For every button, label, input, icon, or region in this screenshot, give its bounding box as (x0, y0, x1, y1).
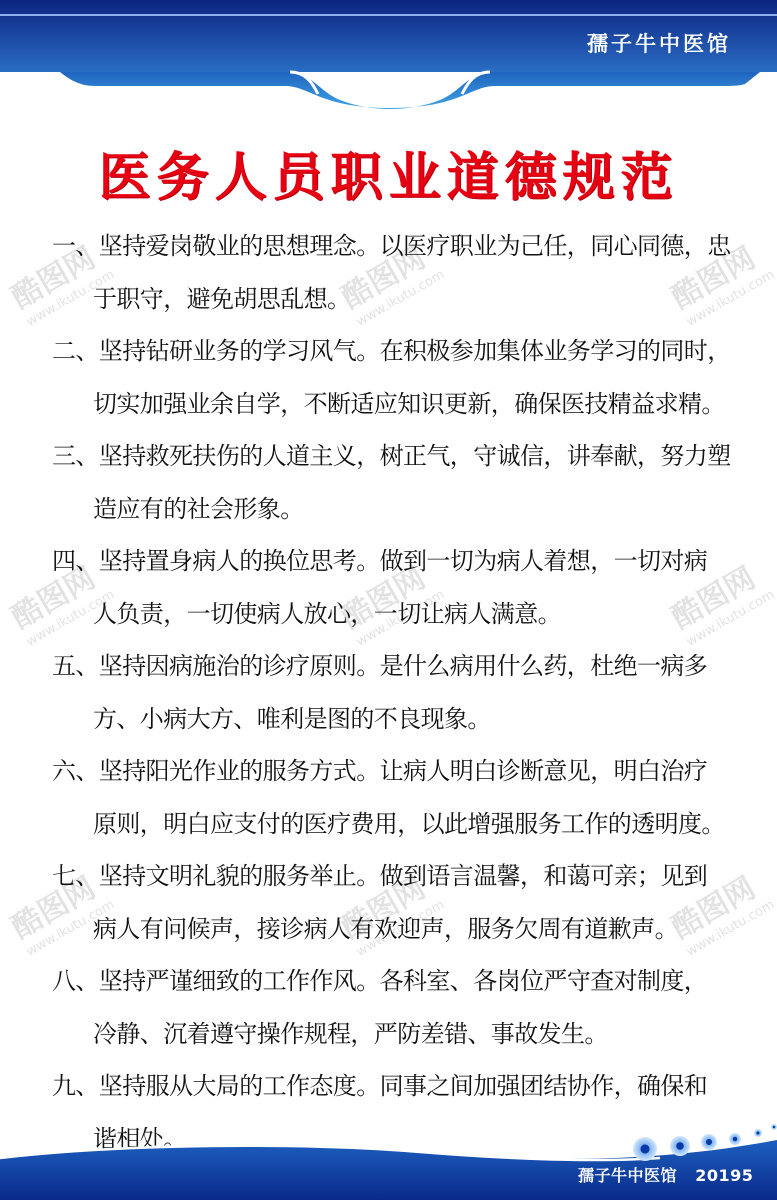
item-line: 六、坚持阳光作业的服务方式。让病人明白诊断意见，明白治疗 (52, 745, 742, 798)
list-item: 二、坚持钻研业务的学习风气。在积极参加集体业务学习的同时， 切实加强业余自学，不… (52, 325, 742, 430)
decorative-dot (670, 1136, 690, 1156)
list-item: 五、坚持因病施治的诊疗原则。是什么病用什么药，杜绝一病多 方、小病大方、唯利是图… (52, 640, 742, 745)
brand-name-bottom: 孺子牛中医馆 20195 (578, 1163, 753, 1186)
item-line: 四、坚持置身病人的换位思考。做到一切为病人着想，一切对病 (52, 535, 742, 588)
item-line: 冷静、沉着遵守操作规程，严防差错、事故发生。 (52, 1008, 742, 1061)
page-title: 医务人员职业道德规范 (0, 135, 777, 210)
item-line: 三、坚持救死扶伤的人道主义，树正气，守诚信，讲奉献，努力塑 (52, 430, 742, 483)
brand-name-top: 孺子牛中医馆 (587, 28, 731, 58)
item-line: 八、坚持严谨细致的工作作风。各科室、各岗位严守查对制度， (52, 955, 742, 1008)
header-wave-graphic (0, 0, 777, 120)
footer-brand: 孺子牛中医馆 (578, 1166, 677, 1185)
decorative-dot (729, 1133, 741, 1145)
item-line: 二、坚持钻研业务的学习风气。在积极参加集体业务学习的同时， (52, 325, 742, 378)
list-item: 四、坚持置身病人的换位思考。做到一切为病人着想，一切对病 人负责，一切使病人放心… (52, 535, 742, 640)
item-line: 七、坚持文明礼貌的服务举止。做到语言温馨，和蔼可亲；见到 (52, 850, 742, 903)
item-line: 于职守，避免胡思乱想。 (52, 273, 742, 326)
code-of-conduct-list: 一、坚持爱岗敬业的思想理念。以医疗职业为己任，同心同德，忠 于职守，避免胡思乱想… (52, 220, 742, 1165)
list-item: 六、坚持阳光作业的服务方式。让病人明白诊断意见，明白治疗 原则，明白应支付的医疗… (52, 745, 742, 850)
item-line: 一、坚持爱岗敬业的思想理念。以医疗职业为己任，同心同德，忠 (52, 220, 742, 273)
item-line: 病人有问候声，接诊病人有欢迎声，服务欠周有道歉声。 (52, 903, 742, 956)
decorative-dot (633, 1137, 657, 1161)
item-line: 造应有的社会形象。 (52, 483, 742, 536)
decorative-dot (771, 1124, 777, 1130)
item-line: 五、坚持因病施治的诊疗原则。是什么病用什么药，杜绝一病多 (52, 640, 742, 693)
list-item: 七、坚持文明礼貌的服务举止。做到语言温馨，和蔼可亲；见到 病人有问候声，接诊病人… (52, 850, 742, 955)
item-line: 原则，明白应支付的医疗费用，以此增强服务工作的透明度。 (52, 798, 742, 851)
list-item: 一、坚持爱岗敬业的思想理念。以医疗职业为己任，同心同德，忠 于职守，避免胡思乱想… (52, 220, 742, 325)
header-banner: 孺子牛中医馆 (0, 0, 777, 120)
decorative-dot (754, 1129, 762, 1137)
item-line: 切实加强业余自学，不断适应知识更新，确保医技精益求精。 (52, 378, 742, 431)
list-item: 三、坚持救死扶伤的人道主义，树正气，守诚信，讲奉献，努力塑 造应有的社会形象。 (52, 430, 742, 535)
decorative-dot (701, 1134, 717, 1150)
list-item: 八、坚持严谨细致的工作作风。各科室、各岗位严守查对制度， 冷静、沉着遵守操作规程… (52, 955, 742, 1060)
item-line: 方、小病大方、唯利是图的不良现象。 (52, 693, 742, 746)
footer-number: 20195 (695, 1166, 753, 1185)
item-line: 人负责，一切使病人放心，一切让病人满意。 (52, 588, 742, 641)
